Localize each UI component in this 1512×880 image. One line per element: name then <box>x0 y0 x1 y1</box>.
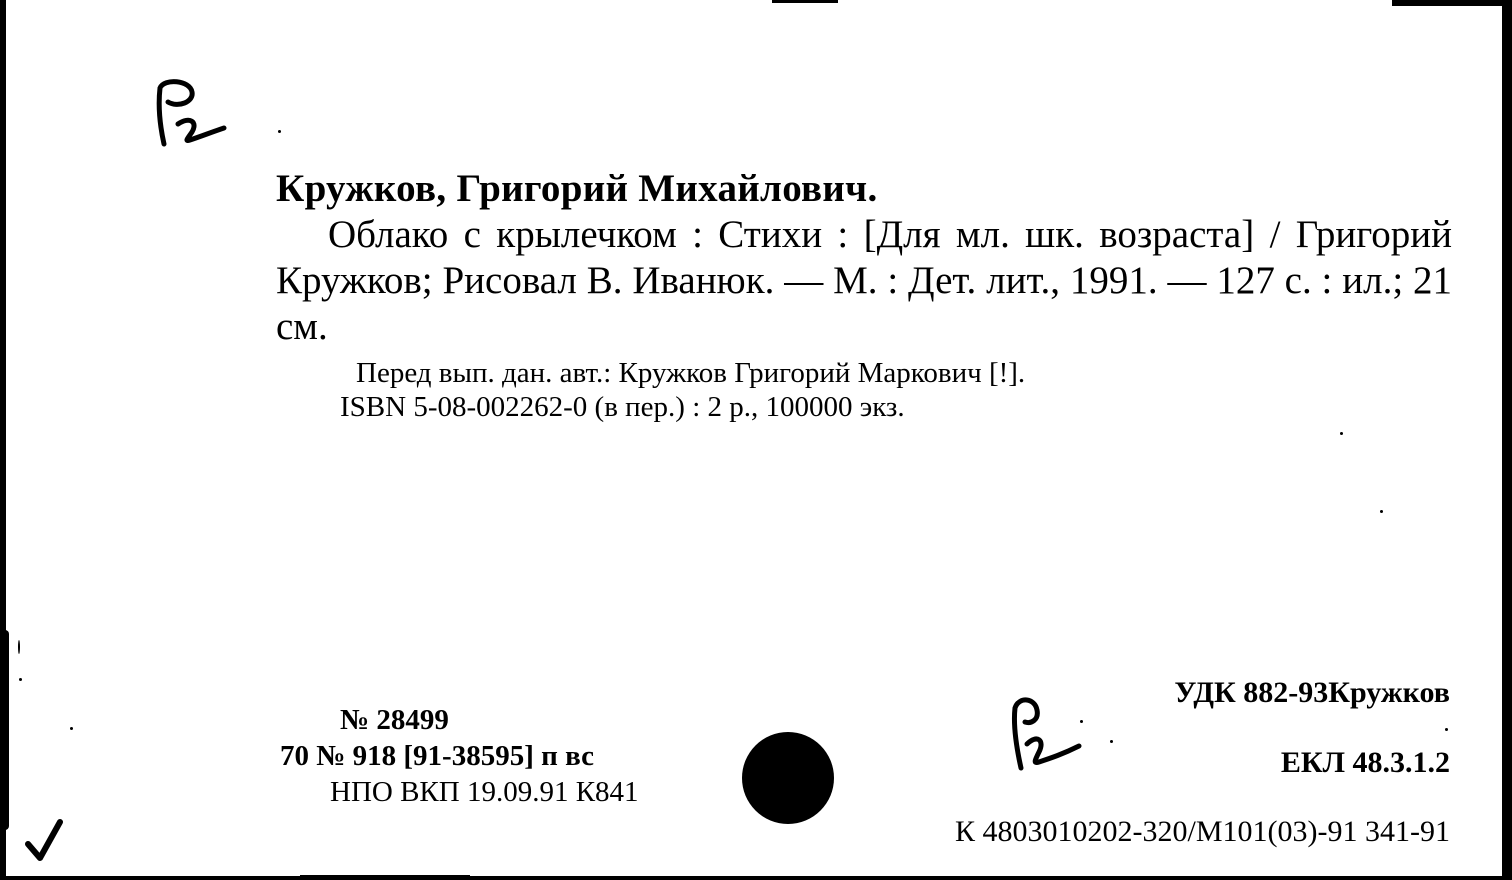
card-punch-hole <box>742 732 834 824</box>
publisher-line: НПО ВКП 19.09.91 К841 <box>280 774 639 810</box>
scan-edge-bottom-fragment <box>300 875 470 880</box>
scan-edge-top <box>1392 0 1512 6</box>
scan-edge-top-fragment <box>772 0 838 3</box>
ekl-code: ЕКЛ 48.3.1.2 <box>1281 746 1450 780</box>
bibliographic-description: Облако с крылечком : Стихи : [Для мл. шк… <box>276 212 1452 350</box>
checkmark-icon <box>24 818 68 864</box>
udk-code: УДК 882-93Кружков <box>1174 676 1450 710</box>
handwritten-initials-icon <box>150 76 240 156</box>
order-info: № 28499 70 № 918 [91-38595] п вс НПО ВКП… <box>280 702 639 810</box>
description-text: Облако с крылечком : Стихи : [Для мл. шк… <box>276 213 1452 348</box>
print-order: 70 № 918 [91-38595] п вс <box>280 738 639 774</box>
catalog-card: Кружков, Григорий Михайлович. Облако с к… <box>0 0 1512 880</box>
k-code: К 4803010202-320/М101(03)-91 341-91 <box>955 815 1450 849</box>
scan-edge-bottom <box>0 876 1512 880</box>
handwritten-initials-icon <box>1005 694 1095 774</box>
scan-edge-left-shadow <box>0 630 9 830</box>
scan-edge-right <box>1502 0 1512 880</box>
card-number: № 28499 <box>280 702 639 738</box>
author-note: Перед вып. дан. авт.: Кружков Григорий М… <box>340 356 1025 390</box>
notes-block: Перед вып. дан. авт.: Кружков Григорий М… <box>340 356 1025 424</box>
isbn-line: ISBN 5-08-002262-0 (в пер.) : 2 р., 1000… <box>340 390 1025 424</box>
author-heading: Кружков, Григорий Михайлович. <box>276 166 878 211</box>
